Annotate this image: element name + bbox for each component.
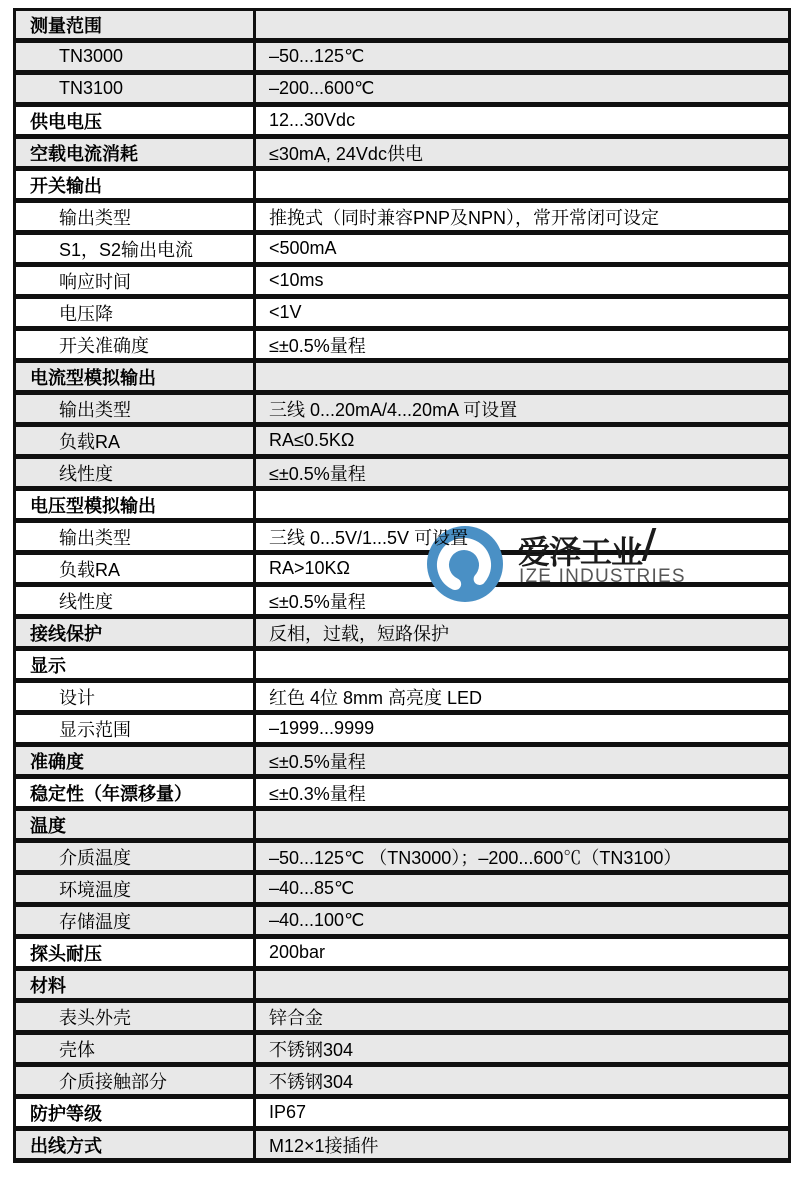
spec-value: 反相，过载，短路保护 [256, 619, 788, 646]
spec-label: 电压型模拟输出 [16, 491, 256, 518]
spec-value: ≤±0.5%量程 [256, 587, 788, 614]
spec-value: ≤30mA, 24Vdc供电 [256, 139, 788, 166]
spec-value [256, 363, 788, 390]
spec-label: 接线保护 [16, 619, 256, 646]
table-row: 空载电流消耗≤30mA, 24Vdc供电 [16, 139, 788, 171]
spec-label: 探头耐压 [16, 939, 256, 966]
spec-label: 响应时间 [16, 267, 256, 294]
spec-label: S1，S2输出电流 [16, 235, 256, 262]
table-row: 输出类型推挽式（同时兼容PNP及NPN），常开常闭可设定 [16, 203, 788, 235]
spec-label: 壳体 [16, 1035, 256, 1062]
table-row: 显示范围–1999...9999 [16, 715, 788, 747]
table-row: 温度 [16, 811, 788, 843]
table-row: 显示 [16, 651, 788, 683]
spec-value [256, 811, 788, 838]
table-row: 设计红色 4位 8mm 高亮度 LED [16, 683, 788, 715]
spec-value: M12×1接插件 [256, 1131, 788, 1158]
spec-label: 稳定性（年漂移量） [16, 779, 256, 806]
spec-label: 环境温度 [16, 875, 256, 902]
spec-value: <1V [256, 299, 788, 326]
table-row: 开关准确度≤±0.5%量程 [16, 331, 788, 363]
table-row: 输出类型三线 0...20mA/4...20mA 可设置 [16, 395, 788, 427]
spec-value [256, 171, 788, 198]
spec-value: IP67 [256, 1099, 788, 1126]
spec-label: 温度 [16, 811, 256, 838]
table-row: 供电电压12...30Vdc [16, 107, 788, 139]
table-row: 探头耐压200bar [16, 939, 788, 971]
table-row: 介质温度–50...125℃ （TN3000）；–200...600℃（TN31… [16, 843, 788, 875]
spec-value [256, 11, 788, 38]
spec-label: 材料 [16, 971, 256, 998]
spec-label: 设计 [16, 683, 256, 710]
spec-label: 准确度 [16, 747, 256, 774]
table-row: 开关输出 [16, 171, 788, 203]
table-row: 防护等级IP67 [16, 1099, 788, 1131]
spec-label: TN3100 [16, 75, 256, 102]
spec-label: 显示 [16, 651, 256, 678]
table-row: 测量范围 [16, 11, 788, 43]
spec-label: 出线方式 [16, 1131, 256, 1158]
spec-label: 线性度 [16, 587, 256, 614]
table-row: 壳体不锈钢304 [16, 1035, 788, 1067]
table-row: TN3100–200...600℃ [16, 75, 788, 107]
table-row: 环境温度–40...85℃ [16, 875, 788, 907]
spec-value: <10ms [256, 267, 788, 294]
spec-sheet-page: 测量范围TN3000–50...125℃TN3100–200...600℃供电电… [0, 0, 800, 1184]
spec-label: 开关输出 [16, 171, 256, 198]
spec-label: TN3000 [16, 43, 256, 70]
table-row: 输出类型三线 0...5V/1...5V 可设置 [16, 523, 788, 555]
table-row: 接线保护反相，过载，短路保护 [16, 619, 788, 651]
spec-value: –40...100℃ [256, 907, 788, 934]
spec-value: 红色 4位 8mm 高亮度 LED [256, 683, 788, 710]
table-row: 响应时间<10ms [16, 267, 788, 299]
spec-value: ≤±0.5%量程 [256, 747, 788, 774]
spec-value [256, 491, 788, 518]
spec-label: 电压降 [16, 299, 256, 326]
spec-label: 开关准确度 [16, 331, 256, 358]
spec-value: 12...30Vdc [256, 107, 788, 134]
table-row: 存储温度–40...100℃ [16, 907, 788, 939]
table-row: 电压型模拟输出 [16, 491, 788, 523]
spec-label: 供电电压 [16, 107, 256, 134]
table-row: 材料 [16, 971, 788, 1003]
spec-value: RA≤0.5KΩ [256, 427, 788, 454]
spec-value: RA>10KΩ [256, 555, 788, 582]
spec-label: 输出类型 [16, 523, 256, 550]
spec-label: 表头外壳 [16, 1003, 256, 1030]
spec-label: 负载RA [16, 555, 256, 582]
table-row: 稳定性（年漂移量）≤±0.3%量程 [16, 779, 788, 811]
spec-value: ≤±0.5%量程 [256, 331, 788, 358]
spec-value [256, 651, 788, 678]
table-row: 表头外壳锌合金 [16, 1003, 788, 1035]
spec-label: 防护等级 [16, 1099, 256, 1126]
spec-value: <500mA [256, 235, 788, 262]
spec-value: ≤±0.3%量程 [256, 779, 788, 806]
spec-value: –1999...9999 [256, 715, 788, 742]
spec-label: 显示范围 [16, 715, 256, 742]
table-row: 准确度≤±0.5%量程 [16, 747, 788, 779]
spec-value: –40...85℃ [256, 875, 788, 902]
spec-label: 输出类型 [16, 395, 256, 422]
spec-label: 介质温度 [16, 843, 256, 870]
spec-value: 200bar [256, 939, 788, 966]
spec-value: 锌合金 [256, 1003, 788, 1030]
spec-label: 负载RA [16, 427, 256, 454]
table-row: TN3000–50...125℃ [16, 43, 788, 75]
table-row: 负载RARA≤0.5KΩ [16, 427, 788, 459]
spec-value: ≤±0.5%量程 [256, 459, 788, 486]
spec-value: 推挽式（同时兼容PNP及NPN），常开常闭可设定 [256, 203, 788, 230]
spec-value: –50...125℃ [256, 43, 788, 70]
spec-label: 线性度 [16, 459, 256, 486]
spec-label: 输出类型 [16, 203, 256, 230]
spec-label: 电流型模拟输出 [16, 363, 256, 390]
table-row: 线性度≤±0.5%量程 [16, 587, 788, 619]
table-row: S1，S2输出电流<500mA [16, 235, 788, 267]
spec-value: 三线 0...5V/1...5V 可设置 [256, 523, 788, 550]
spec-label: 空载电流消耗 [16, 139, 256, 166]
table-row: 介质接触部分不锈钢304 [16, 1067, 788, 1099]
table-row: 线性度≤±0.5%量程 [16, 459, 788, 491]
spec-value: 不锈钢304 [256, 1067, 788, 1094]
spec-value: –200...600℃ [256, 75, 788, 102]
table-row: 出线方式M12×1接插件 [16, 1131, 788, 1158]
spec-label: 测量范围 [16, 11, 256, 38]
spec-label: 介质接触部分 [16, 1067, 256, 1094]
table-row: 电压降<1V [16, 299, 788, 331]
spec-value: 不锈钢304 [256, 1035, 788, 1062]
spec-value: 三线 0...20mA/4...20mA 可设置 [256, 395, 788, 422]
spec-label: 存储温度 [16, 907, 256, 934]
spec-value [256, 971, 788, 998]
spec-value: –50...125℃ （TN3000）；–200...600℃（TN3100） [256, 843, 788, 870]
table-row: 电流型模拟输出 [16, 363, 788, 395]
